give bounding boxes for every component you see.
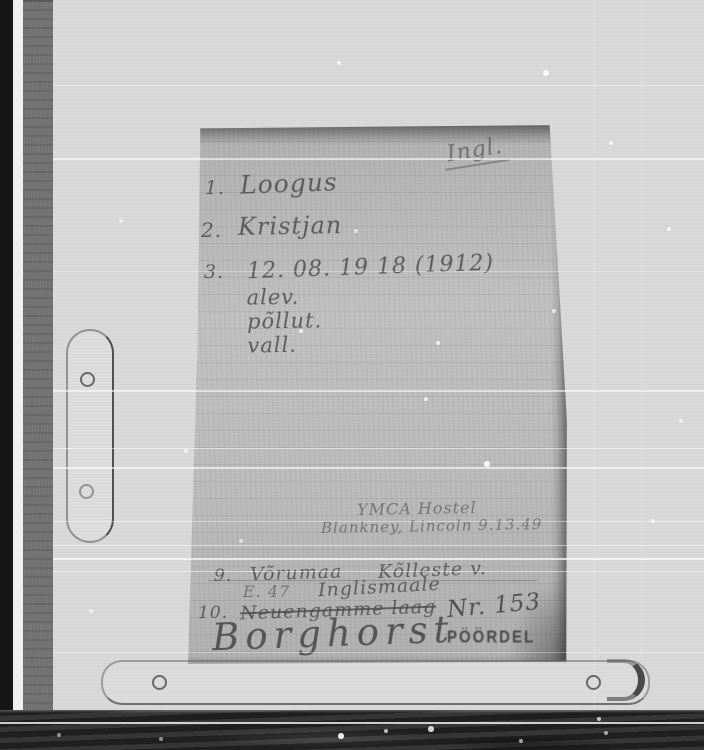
- item-9-number: 9.: [214, 566, 232, 586]
- screw-hole: [152, 675, 167, 690]
- item-3-number: 3.: [204, 261, 224, 283]
- item-1-number: 1.: [205, 177, 225, 199]
- left-clamp-bar: [66, 329, 114, 543]
- microfilm-frame: Ingl. 1. Loogus 2. Kristjan 3. 12. 08. 1…: [0, 0, 704, 750]
- scan-vertical-line: [594, 0, 595, 750]
- bottom-clamp-bar: [101, 660, 650, 705]
- film-band-scratch-line: [0, 722, 704, 724]
- paper-top-edge-shadow: [181, 124, 567, 144]
- detail-line: vall.: [247, 332, 323, 357]
- signature-borghorst: Borghorst: [211, 608, 455, 659]
- item-3-details: alev. põllut. vall.: [246, 284, 322, 357]
- item-2-number: 2.: [201, 218, 222, 242]
- poordel-stamp: PÖÖRDEL: [447, 628, 535, 648]
- screw-hole: [586, 675, 601, 690]
- item-9-sub-code: E. 47: [243, 582, 290, 601]
- detail-line: põllut.: [247, 308, 323, 333]
- film-band-specks: [0, 710, 2, 712]
- film-edge-black: [0, 0, 13, 750]
- item-1-text: Loogus: [240, 167, 339, 199]
- film-edge-gray-strip: [23, 0, 53, 712]
- scan-streak: [0, 85, 704, 86]
- item-2-text: Kristjan: [238, 211, 343, 241]
- detail-line: alev.: [246, 284, 322, 309]
- address-line-2: Blankney, Lincoln 9.13.49: [321, 515, 543, 537]
- film-edge-white-strip: [13, 0, 23, 750]
- scan-vertical-line: [641, 0, 642, 750]
- film-bottom-band: [0, 710, 704, 750]
- screw-hole: [79, 484, 94, 499]
- screw-hole: [80, 372, 95, 387]
